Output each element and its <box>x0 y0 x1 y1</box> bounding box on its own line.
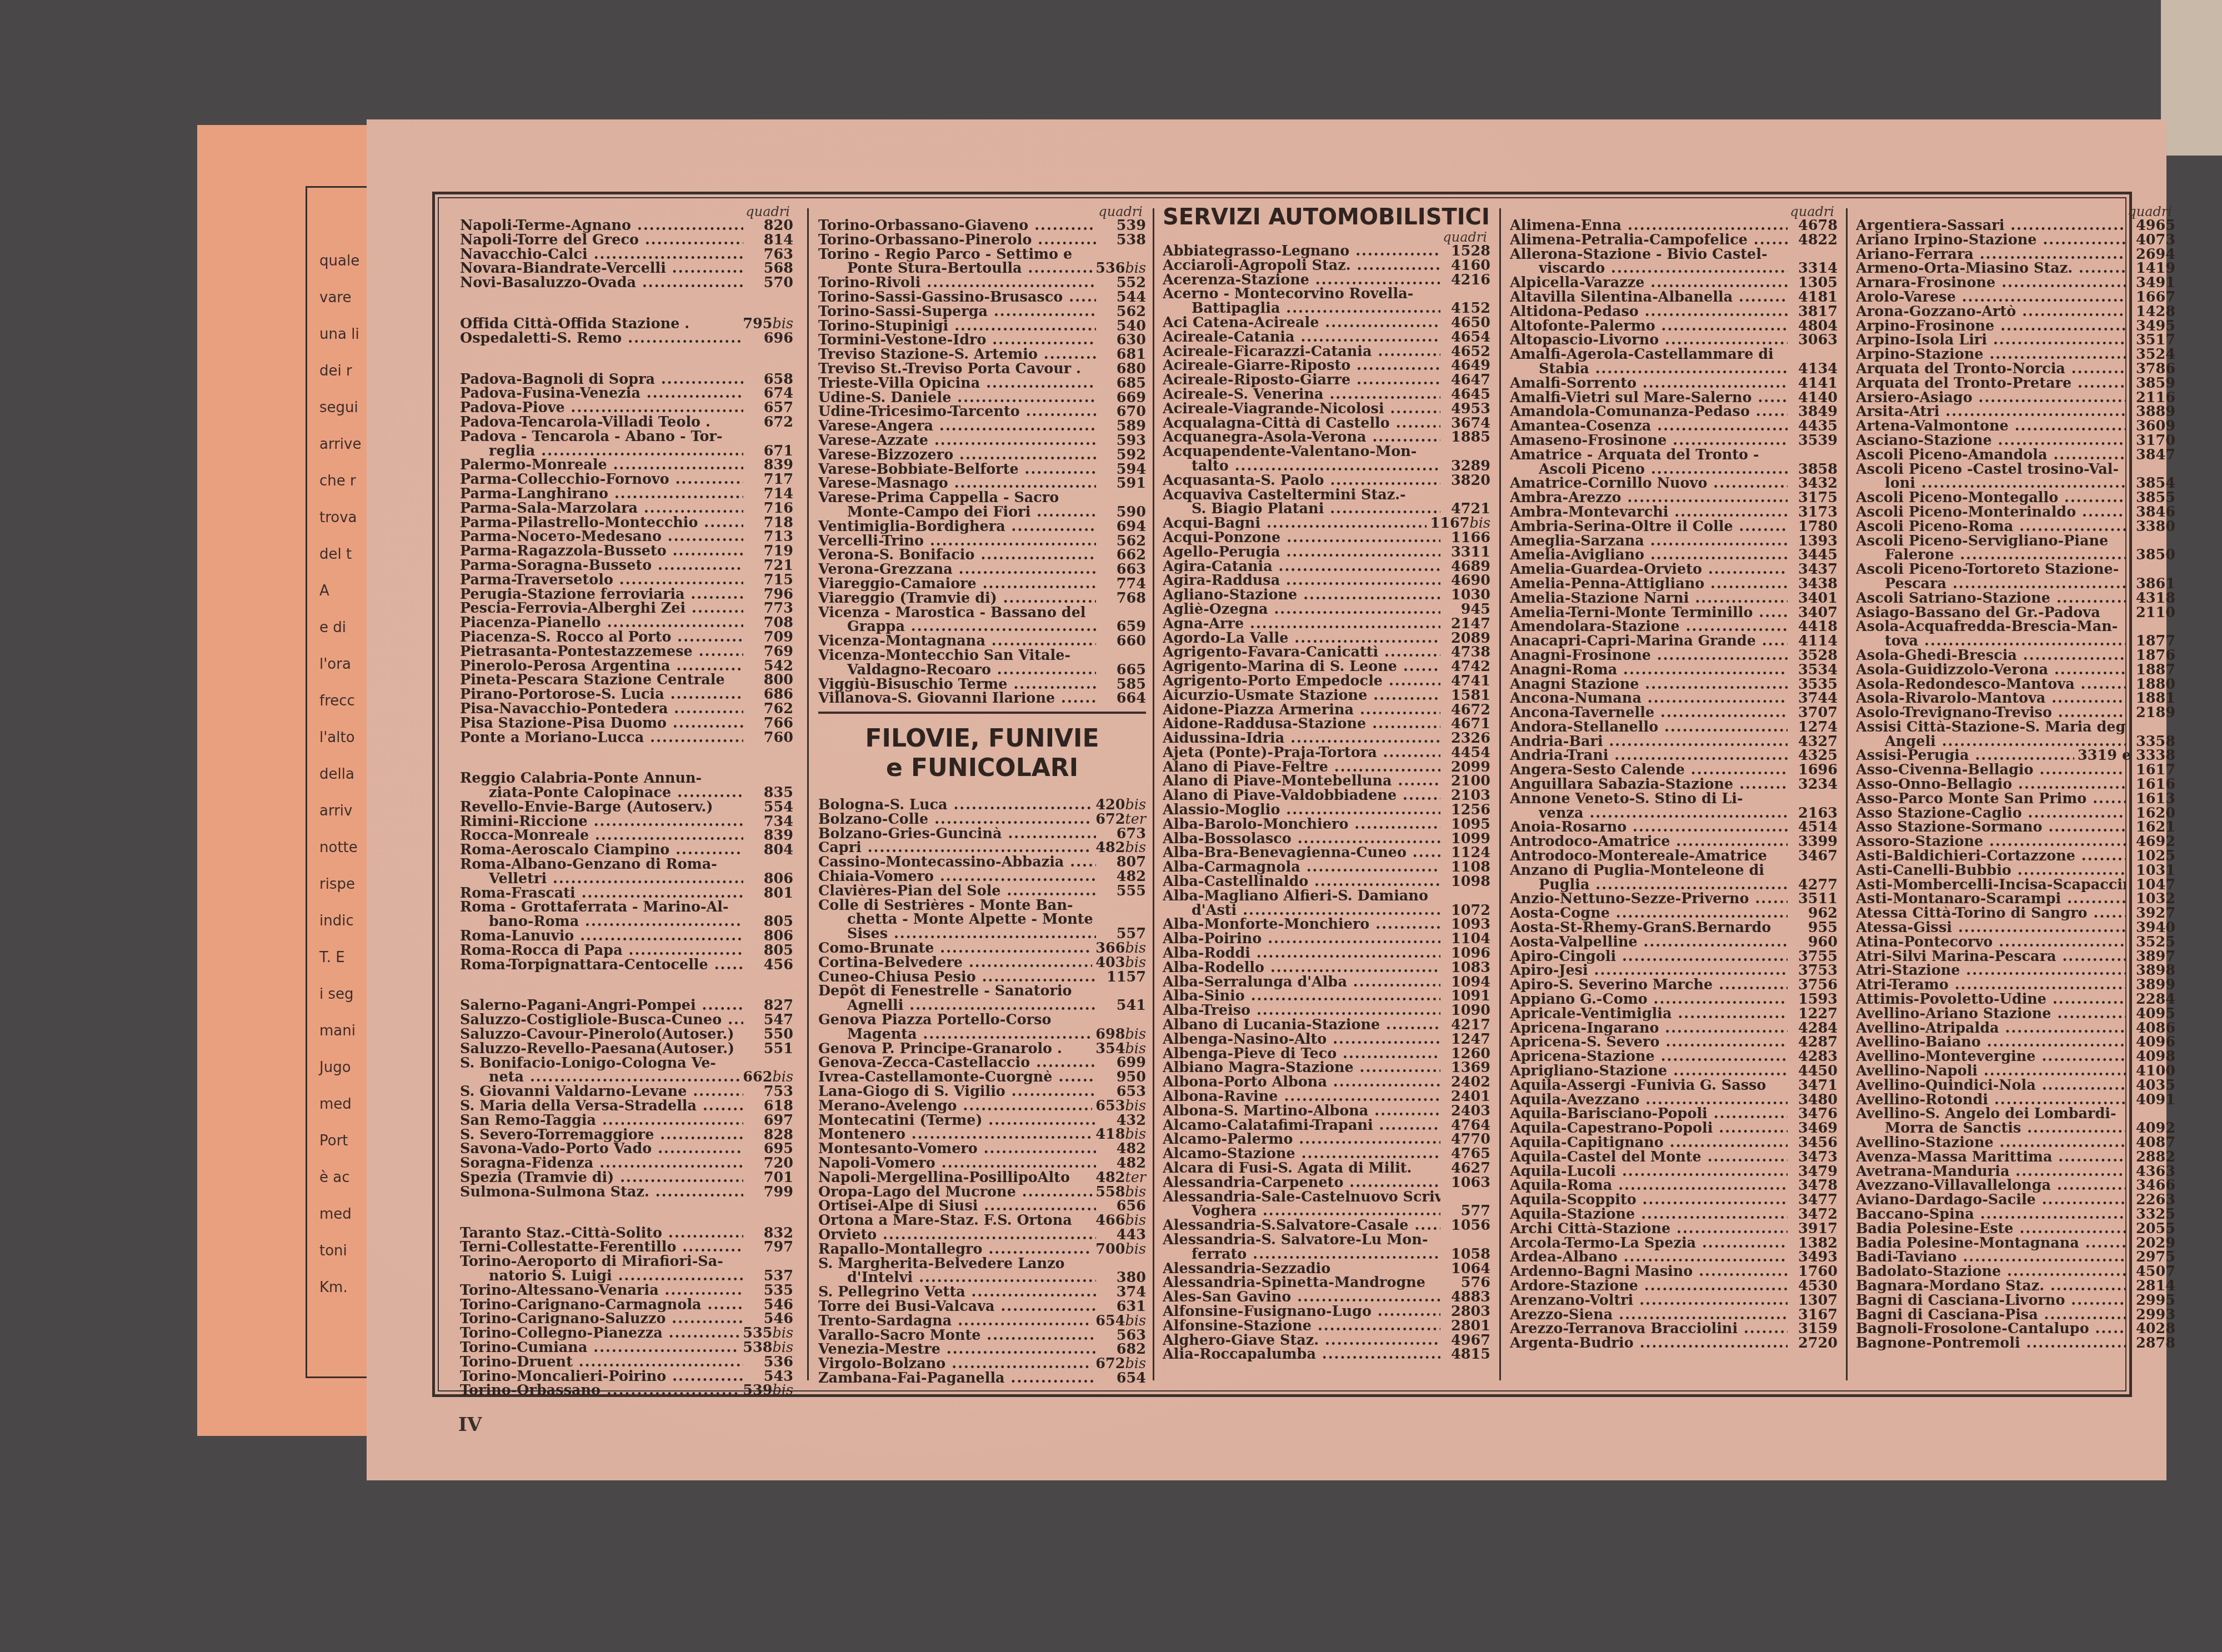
index-table-frame: quadriNapoli-Terme-Agnano820Napoli-Torre… <box>432 192 2132 1397</box>
route-name: Montenero <box>818 1128 1092 1142</box>
index-entry: Viareggio (Tramvie di)768 <box>818 592 1146 606</box>
route-name: Aquila-Avezzano <box>1510 1093 1788 1108</box>
index-entry: Chiaia-Vomero482 <box>818 870 1146 884</box>
quadro-number: 2189 <box>2125 706 2175 720</box>
index-entry: Vicenza-Montecchio San Vitale- <box>818 649 1146 663</box>
route-name: Ventimiglia-Bordighera <box>818 520 1096 534</box>
index-entry: Morra de Sanctis4092 <box>1856 1122 2175 1136</box>
index-entry: Padova-Tencarola-Villadi Teolo .672 <box>460 415 793 430</box>
route-name: Vicenza - Marostica - Bassano del <box>818 606 1096 620</box>
route-name: Amelia-Penna-Attigliano <box>1510 577 1788 592</box>
index-entry: Cassino-Montecassino-Abbazia807 <box>818 855 1146 870</box>
index-entry: S. Margherita-Belvedere Lanzo <box>818 1257 1146 1271</box>
route-name: Asciano-Stazione <box>1856 434 2125 448</box>
index-entry: Aosta-Cogne962 <box>1510 907 1838 921</box>
route-name: Asso-Parco Monte San Primo <box>1856 792 2125 807</box>
index-entry: Trieste-Villa Opicina685 <box>818 377 1146 391</box>
route-name: Albona-S. Martino-Albona <box>1163 1104 1440 1119</box>
quadro-number: 654 <box>1096 1371 1146 1386</box>
index-entry: Alba-Treiso1090 <box>1163 1004 1490 1018</box>
index-entry: Soragna-Fidenza720 <box>460 1157 793 1171</box>
index-entry: Aviano-Dardago-Sacile2263 <box>1856 1193 2175 1208</box>
route-name: venza <box>1539 807 1788 821</box>
route-name: Chiaia-Vomero <box>818 870 1096 884</box>
fragment-text: rispe <box>319 876 355 893</box>
index-entry: Albenga-Pieve di Teco1260 <box>1163 1047 1490 1062</box>
route-name: Allerona-Stazione - Bivio Castel- <box>1510 248 1788 262</box>
index-entry: Varese-Prima Cappella - Sacro <box>818 491 1146 505</box>
route-name: Ardea-Albano <box>1510 1250 1788 1265</box>
index-entry: Verona-S. Bonifacio662 <box>818 548 1146 563</box>
route-name: Como-Brunate <box>818 942 1092 956</box>
route-name: Ajeta (Ponte)-Praja-Tortora <box>1163 746 1440 760</box>
route-name: Aci Catena-Acireale <box>1163 316 1440 331</box>
index-entry: Genova-Zecca-Castellaccio699 <box>818 1056 1146 1070</box>
quadro-number: 539bis <box>739 1384 793 1398</box>
route-name: Alessandria-Sezzadio <box>1163 1262 1440 1276</box>
route-name: Parma-Pilastrello-Montecchio <box>460 516 743 530</box>
route-name: Alfonsine-Stazione <box>1163 1319 1440 1334</box>
index-entry: Velletri806 <box>460 872 793 887</box>
index-entry: Bagnone-Pontremoli2878 <box>1856 1336 2175 1351</box>
index-entry: Alba-Magliano Alfieri-S. Damiano <box>1163 889 1490 904</box>
index-entry: Avellino-S. Angelo dei Lombardi- <box>1856 1107 2175 1122</box>
index-entry: S. Pellegrino Vetta374 <box>818 1285 1146 1300</box>
route-name: Acerno - Montecorvino Rovella- <box>1163 287 1440 302</box>
route-name: Ardenno-Bagni Masino <box>1510 1265 1788 1279</box>
route-name: Asso Stazione-Sormano <box>1856 820 2125 835</box>
route-name: Anagni Stazione <box>1510 678 1788 692</box>
index-entry: Pescara3861 <box>1856 577 2175 592</box>
route-name: Argentiera-Sassari <box>1856 219 2125 233</box>
index-entry: Anagni Stazione3535 <box>1510 678 1838 692</box>
route-name: Asso Stazione-Caglio <box>1856 807 2125 821</box>
index-entry: venza2163 <box>1510 807 1838 821</box>
route-name: Offida Città-Offida Stazione . <box>460 317 739 332</box>
index-entry: Alessandria-Carpeneto1063 <box>1163 1176 1490 1190</box>
index-entry: Agira-Raddusa4690 <box>1163 574 1490 588</box>
index-entry: Padova-Bagnoli di Sopra658 <box>460 373 793 387</box>
route-name: Ardore-Stazione <box>1510 1279 1788 1294</box>
route-name: Amelia-Stazione Narni <box>1510 592 1788 606</box>
route-name: Alba-Castellinaldo <box>1163 875 1440 889</box>
route-name: Treviso St.-Treviso Porta Cavour . <box>818 362 1096 377</box>
quadro-number: 700bis <box>1092 1243 1146 1257</box>
index-entry: Arpino-Stazione3524 <box>1856 348 2175 362</box>
index-entry: Virgolo-Bolzano672bis <box>818 1357 1146 1371</box>
route-name: Terni-Collestatte-Ferentillo <box>460 1240 743 1255</box>
index-entry: Ventimiglia-Bordighera694 <box>818 520 1146 534</box>
index-entry: Ameglia-Sarzana1393 <box>1510 534 1838 549</box>
route-name: Acqui-Bagni <box>1163 517 1427 531</box>
index-entry: Atina-Pontecorvo3525 <box>1856 935 2175 950</box>
route-name: Salerno-Pagani-Angri-Pompei <box>460 999 743 1013</box>
quadro-number: 1056 <box>1440 1219 1490 1233</box>
route-name: Taranto Staz.-Città-Solito <box>460 1227 743 1241</box>
route-name: Alba-Monforte-Monchiero <box>1163 918 1440 932</box>
index-entry: Arsiero-Asiago2116 <box>1856 391 2175 406</box>
index-entry: Alano di Piave-Montebelluna2100 <box>1163 774 1490 789</box>
index-entry: Atessa Città-Torino di Sangro3927 <box>1856 907 2175 921</box>
index-entry: Ponte a Moriano-Lucca760 <box>460 731 793 745</box>
index-entry: Ambra-Montevarchi3173 <box>1510 505 1838 520</box>
index-entry: Antrodoco-Montereale-Amatrice3467 <box>1510 849 1838 864</box>
index-entry: Varese-Bizzozero592 <box>818 448 1146 463</box>
route-name: Viggiù-Bisuschio Terme <box>818 678 1096 692</box>
index-entry: Baccano-Spina3325 <box>1856 1208 2175 1222</box>
index-entry: Avezzano-Villavallelonga3466 <box>1856 1179 2175 1193</box>
route-name: Asola-Acquafredda-Brescia-Man- <box>1856 620 2125 634</box>
quadri-column-label: quadri <box>1163 230 1490 244</box>
route-name: Falerone <box>1885 548 2125 563</box>
route-name: Viareggio (Tramvie di) <box>818 592 1096 606</box>
index-entry: Monte-Campo dei Fiori590 <box>818 505 1146 520</box>
index-entry: Arpino-Isola Liri3517 <box>1856 333 2175 348</box>
index-entry: Torino-Rivoli552 <box>818 276 1146 291</box>
index-entry: Genova P. Principe-Granarolo .354bis <box>818 1042 1146 1057</box>
quadro-number: 3234 <box>1788 778 1838 792</box>
route-name: Genova-Zecca-Castellaccio <box>818 1056 1096 1070</box>
index-entry: Torino-Druent536 <box>460 1355 793 1370</box>
fragment-text: notte <box>319 839 358 856</box>
fragment-text: è ac <box>319 1169 350 1186</box>
index-entry: Torino-Altessano-Venaria535 <box>460 1284 793 1298</box>
route-name: Albiano Magra-Stazione <box>1163 1061 1440 1075</box>
index-column-5: quadriArgentiera-Sassari4965Ariano Irpin… <box>1856 204 2175 1384</box>
index-entry: Acireale-Riposto-Giarre4647 <box>1163 373 1490 388</box>
index-entry: Amandola-Comunanza-Pedaso3849 <box>1510 405 1838 419</box>
index-entry: Acireale-Ficarazzi-Catania4652 <box>1163 345 1490 359</box>
route-name: Aquila-Capestrano-Popoli <box>1510 1122 1788 1136</box>
fragment-text: med <box>319 1206 352 1223</box>
index-entry: Asti-Mombercelli-Incisa-Scapaccino1047 <box>1856 878 2175 893</box>
route-name: Alessandria-S. Salvatore-Lu Mon- <box>1163 1233 1440 1248</box>
index-entry: Asti-Montanaro-Scarampi1032 <box>1856 892 2175 907</box>
route-name: Arquata del Tronto-Norcia <box>1856 362 2125 377</box>
route-name: Colle di Sestrières - Monte Ban- <box>818 899 1096 913</box>
quadro-number: 555 <box>1096 884 1146 899</box>
route-name: Villanova-S. Giovanni Ilarione <box>818 692 1096 706</box>
route-name: Torino-Sassi-Gassino-Brusasco <box>818 291 1096 305</box>
index-entry: Piacenza-S. Rocco al Porto709 <box>460 630 793 645</box>
route-name: Aquila-Lucoli <box>1510 1165 1788 1179</box>
route-name: Assisi Città-Stazione-S. Maria degli <box>1856 720 2125 735</box>
index-entry: Pisa-Navacchio-Pontedera762 <box>460 702 793 717</box>
index-entry: Ponte Stura-Bertoulla536bis <box>818 262 1146 276</box>
fragment-text: indic <box>319 913 354 929</box>
index-column-1: quadriNapoli-Terme-Agnano820Napoli-Torre… <box>460 204 793 1384</box>
route-name: Angera-Sesto Calende <box>1510 763 1788 778</box>
route-name: Alba-Bossolasco <box>1163 832 1440 847</box>
route-name: Udine-S. Daniele <box>818 391 1096 406</box>
index-entry: Varese-Masnago591 <box>818 477 1146 491</box>
quadro-number: 3539 <box>1788 434 1838 448</box>
index-entry: Asola-Guidizzolo-Verona1887 <box>1856 663 2175 678</box>
route-name: Aquila-Castel del Monte <box>1510 1150 1788 1165</box>
fragment-text: Km. <box>319 1279 348 1296</box>
index-entry: Alba-Monforte-Monchiero1093 <box>1163 918 1490 932</box>
route-name: Albenga-Pieve di Teco <box>1163 1047 1440 1062</box>
route-name: Torino-Orbassano-Pinerolo <box>818 233 1096 248</box>
index-entry: Aicurzio-Usmate Stazione1581 <box>1163 689 1490 703</box>
index-entry: Asti-Baldichieri-Cortazzone1025 <box>1856 849 2175 864</box>
route-name: Atessa Città-Torino di Sangro <box>1856 907 2125 921</box>
index-entry: Altopascio-Livorno3063 <box>1510 333 1838 348</box>
route-name: Ascoli Piceno-Servigliano-Piane <box>1856 534 2125 549</box>
route-name: Arezzo-Siena <box>1510 1308 1788 1323</box>
index-entry: chetta - Monte Alpette - Monte <box>818 913 1146 927</box>
route-name: Torino-Moncalieri-Poirino <box>460 1370 743 1384</box>
route-name: Novi-Basaluzzo-Ovada <box>460 276 743 291</box>
route-name: Aprigliano-Stazione <box>1510 1064 1788 1079</box>
route-name: Alba-Magliano Alfieri-S. Damiano <box>1163 889 1440 904</box>
route-name: Napoli-Mergellina-PosillipoAlto <box>818 1171 1092 1185</box>
route-name: Spezia (Tramvie di) <box>460 1171 743 1185</box>
route-name: Roma - Grottaferrata - Marino-Al- <box>460 900 743 915</box>
route-name: Ascoli Piceno <box>1539 463 1788 477</box>
index-entry: Aidussina-Idria2326 <box>1163 732 1490 746</box>
route-name: Morra de Sanctis <box>1885 1122 2125 1136</box>
index-entry: Roma-Albano-Genzano di Roma- <box>460 858 793 872</box>
quadro-number: 2878 <box>2125 1336 2175 1351</box>
index-entry: Assisi-Perugia3319 e 3338 <box>1856 749 2175 763</box>
index-entry: Badia Polesine-Montagnana2029 <box>1856 1237 2175 1251</box>
route-name: Novara-Biandrate-Vercelli <box>460 262 743 276</box>
route-name: Alfonsine-Fusignano-Lugo <box>1163 1305 1440 1319</box>
route-name: neta <box>489 1070 739 1085</box>
fragment-text: l'ora <box>319 656 351 673</box>
route-name: Padova-Piove <box>460 401 743 415</box>
route-name: Asso-Onno-Bellagio <box>1856 778 2125 792</box>
route-name: Bolzano-Colle <box>818 813 1092 827</box>
route-name: Annone Veneto-S. Stino di Li- <box>1510 792 1788 807</box>
quadro-suffix: bis <box>1125 1241 1146 1258</box>
route-name: Acciaroli-Agropoli Staz. <box>1163 259 1440 273</box>
index-entry: Roma-Frascati801 <box>460 887 793 901</box>
index-entry: Atri-Stazione3898 <box>1856 964 2175 978</box>
index-entry: Ascoli Piceno-Montegallo3855 <box>1856 491 2175 505</box>
quadri-column-label: quadri <box>818 204 1146 219</box>
route-name: Albano di Lucania-Stazione <box>1163 1018 1440 1033</box>
fragment-text: T. E <box>319 949 345 966</box>
route-name: Torino-Altessano-Venaria <box>460 1284 743 1298</box>
index-entry: d'Intelvi380 <box>818 1271 1146 1285</box>
route-name: Atri-Stazione <box>1856 964 2125 978</box>
index-entry: Bagni di Casciana-Livorno2995 <box>1856 1294 2175 1308</box>
quadro-number: 456 <box>743 958 793 973</box>
route-name: Arpino-Frosinone <box>1856 319 2125 334</box>
route-name: Arona-Gozzano-Artò <box>1856 305 2125 319</box>
route-name: Arnara-Frosinone <box>1856 276 2125 291</box>
index-entry: Ardea-Albano3493 <box>1510 1250 1838 1265</box>
route-name: S. Biagio Platani <box>1192 502 1440 517</box>
index-entry: d'Asti1072 <box>1163 904 1490 918</box>
route-name: Ales-San Gavino <box>1163 1290 1440 1305</box>
route-name: Albenga-Nasino-Alto <box>1163 1033 1440 1047</box>
index-entry: S. Giovanni Valdarno-Levane753 <box>460 1085 793 1099</box>
index-entry: Alba-Rodello1083 <box>1163 961 1490 975</box>
index-entry: Amelia-Avigliano3445 <box>1510 548 1838 563</box>
quadro-number: 696 <box>743 332 793 346</box>
index-entry: Novara-Biandrate-Vercelli568 <box>460 262 793 276</box>
column-divider <box>1499 208 1501 1380</box>
index-entry: Ascoli Piceno-Tortoreto Stazione- <box>1856 563 2175 577</box>
route-name: Alba-Carmagnola <box>1163 860 1440 875</box>
index-entry: Roma-Aeroscalo Ciampino804 <box>460 843 793 858</box>
route-name: Armeno-Orta-Miasino Staz. <box>1856 262 2125 276</box>
index-column-4: quadriAlimena-Enna4678Alimena-Petralia-C… <box>1510 204 1838 1384</box>
index-entry: Asso Stazione-Caglio1620 <box>1856 807 2175 821</box>
index-entry: Amalfi-Sorrento4141 <box>1510 377 1838 391</box>
index-entry: Alessandria-Spinetta-Mandrogne576 <box>1163 1276 1490 1290</box>
route-name: Rapallo-Montallegro <box>818 1243 1092 1257</box>
fragment-text: segui <box>319 399 358 416</box>
route-name: Virgolo-Bolzano <box>818 1357 1092 1371</box>
route-name: Valdagno-Recoaro <box>847 663 1096 678</box>
index-entry: Rapallo-Montallegro700bis <box>818 1243 1146 1257</box>
index-entry: Albona-Ravine2401 <box>1163 1090 1490 1104</box>
index-entry: Amelia-Terni-Monte Terminillo3407 <box>1510 606 1838 620</box>
quadro-number: 2720 <box>1788 1336 1838 1351</box>
route-name: Aquila-Roma <box>1510 1179 1788 1193</box>
index-entry: Andria-Bari4327 <box>1510 735 1838 749</box>
index-entry: Tormini-Vestone-Idro630 <box>818 333 1146 348</box>
quadro-number: 3380 <box>2125 520 2175 534</box>
route-name: viscardo <box>1539 262 1788 276</box>
route-name: Arquata del Tronto-Pretare <box>1856 377 2125 391</box>
section-rule <box>818 712 1146 714</box>
route-name: Trieste-Villa Opicina <box>818 377 1096 391</box>
index-entry: Avellino-Stazione4087 <box>1856 1136 2175 1150</box>
route-name: Badolato-Stazione <box>1856 1265 2125 1279</box>
index-entry: Varese-Bobbiate-Belforte594 <box>818 463 1146 477</box>
index-entry: Allerona-Stazione - Bivio Castel- <box>1510 248 1838 262</box>
index-entry: Padova-Piove657 <box>460 401 793 415</box>
route-name: Pisa-Navacchio-Pontedera <box>460 702 743 717</box>
route-name: Acquanegra-Asola-Verona <box>1163 430 1440 445</box>
index-entry: Asola-Ghedi-Brescia1876 <box>1856 649 2175 663</box>
index-entry: Asso-Parco Monte San Primo1613 <box>1856 792 2175 807</box>
route-name: Alassio-Moglio <box>1163 803 1440 818</box>
route-name: Alano di Piave-Montebelluna <box>1163 774 1440 789</box>
route-name: Anzio-Nettuno-Sezze-Priverno <box>1510 892 1788 907</box>
fragment-text: i seg <box>319 986 354 1003</box>
index-entry: Arezzo-Terranova Bracciolini3159 <box>1510 1322 1838 1336</box>
route-name: Tormini-Vestone-Idro <box>818 333 1096 348</box>
route-name: Avellino-Montevergine <box>1856 1050 2125 1064</box>
route-name: Perugia-Stazione ferroviaria <box>460 588 743 602</box>
route-name: Alba-Bra-Benevagienna-Cuneo <box>1163 846 1440 860</box>
index-entry: Ambria-Serina-Oltre il Colle1780 <box>1510 520 1838 534</box>
index-entry: Ancona-Numana3744 <box>1510 692 1838 706</box>
index-entry: Albiano Magra-Stazione1369 <box>1163 1061 1490 1075</box>
index-entry: Aquila-Lucoli3479 <box>1510 1165 1838 1179</box>
index-entry: Andora-Stellanello1274 <box>1510 720 1838 735</box>
index-entry: Avellino-Atripalda4086 <box>1856 1022 2175 1036</box>
route-name: Sulmona-Sulmona Staz. <box>460 1185 743 1200</box>
route-name: Andria-Bari <box>1510 735 1788 749</box>
index-entry: Ambra-Arezzo3175 <box>1510 491 1838 505</box>
index-entry: Asola-Acquafredda-Brescia-Man- <box>1856 620 2175 634</box>
index-column-3-servizi-automobilistici: SERVIZI AUTOMOBILISTICIquadriAbbiategras… <box>1163 204 1490 1384</box>
route-name: Acireale-Riposto-Giarre <box>1163 373 1440 388</box>
route-name: Agliè-Ozegna <box>1163 603 1440 617</box>
route-name: Piacenza-S. Rocco al Porto <box>460 630 743 645</box>
route-name: Acireale-Catania <box>1163 331 1440 345</box>
index-entry: Altavilla Silentina-Albanella4181 <box>1510 291 1838 305</box>
route-name: Capri <box>818 841 1092 855</box>
index-entry: Saluzzo-Cavour-Pinerolo(Autoser.)550 <box>460 1028 793 1042</box>
index-entry: Torino-Carignano-Carmagnola546 <box>460 1298 793 1313</box>
route-name: Atri-Silvi Marina-Pescara <box>1856 950 2125 964</box>
index-entry: Arsita-Atri3889 <box>1856 405 2175 419</box>
route-name: Avellino-Atripalda <box>1856 1022 2125 1036</box>
index-entry: Grappa659 <box>818 620 1146 634</box>
route-name: Treviso Stazione-S. Artemio <box>818 348 1096 362</box>
index-entry: Alba-Bossolasco1099 <box>1163 832 1490 847</box>
index-entry: ferrato1058 <box>1163 1248 1490 1262</box>
route-name: Parma-Soragna-Busseto <box>460 559 743 573</box>
index-entry: natorio S. Luigi537 <box>460 1269 793 1284</box>
route-name: Zambana-Fai-Paganella <box>818 1371 1096 1386</box>
index-entry: Badi-Taviano2975 <box>1856 1250 2175 1265</box>
route-name: Piacenza-Pianello <box>460 616 743 630</box>
index-entry: Clavières-Pian del Sole555 <box>818 884 1146 899</box>
route-name: Saluzzo-Revello-Paesana(Autoser.) <box>460 1042 743 1057</box>
fragment-text: Jugo <box>319 1059 351 1076</box>
route-name: Ambra-Arezzo <box>1510 491 1788 505</box>
route-name: Anoia-Rosarno <box>1510 820 1788 835</box>
route-name: Soragna-Fidenza <box>460 1157 743 1171</box>
index-entry: Alcamo-Calatafimi-Trapani4764 <box>1163 1119 1490 1133</box>
index-entry: Avellino-Quindici-Nola4035 <box>1856 1079 2175 1093</box>
route-name: Avetrana-Manduria <box>1856 1165 2125 1179</box>
quadro-number: 660 <box>1096 634 1146 649</box>
index-entry: Amelia-Stazione Narni3401 <box>1510 592 1838 606</box>
route-name: Assoro-Stazione <box>1856 835 2125 849</box>
index-entry: Vicenza - Marostica - Bassano del <box>818 606 1146 620</box>
index-entry: Avetrana-Manduria4363 <box>1856 1165 2175 1179</box>
route-name: Cuneo-Chiusa Pesio <box>818 970 1096 985</box>
route-name: Arpino-Stazione <box>1856 348 2125 362</box>
index-entry: Alessandria-S. Salvatore-Lu Mon- <box>1163 1233 1490 1248</box>
route-name: Aosta-Valpelline <box>1510 935 1788 950</box>
index-entry: Aquila-Castel del Monte3473 <box>1510 1150 1838 1165</box>
route-name: reglia <box>489 444 743 459</box>
route-name: Anzano di Puglia-Monteleone di <box>1510 864 1788 878</box>
route-name: Agello-Perugia <box>1163 545 1440 560</box>
route-name: Torino-Orbassano-Giaveno <box>818 219 1096 233</box>
route-name: chetta - Monte Alpette - Monte <box>847 913 1096 927</box>
route-name: Pescia-Ferrovia-Alberghi Zei <box>460 602 743 616</box>
route-name: Varallo-Sacro Monte <box>818 1329 1096 1343</box>
index-entry: loni3854 <box>1856 477 2175 491</box>
route-name: Ancona-Tavernelle <box>1510 706 1788 720</box>
fragment-text: arriv <box>319 803 352 819</box>
index-entry: Asti-Canelli-Bubbio1031 <box>1856 864 2175 878</box>
index-entry: Alba-Serralunga d'Alba1094 <box>1163 975 1490 990</box>
index-entry: Perugia-Stazione ferroviaria796 <box>460 588 793 602</box>
route-name: Amandola-Comunanza-Pedaso <box>1510 405 1788 419</box>
index-entry: Agna-Arre2147 <box>1163 617 1490 632</box>
index-entry: Varallo-Sacro Monte563 <box>818 1329 1146 1343</box>
group-spacer <box>460 346 793 373</box>
route-name: Saluzzo-Cavour-Pinerolo(Autoser.) <box>460 1028 743 1042</box>
index-entry: Aquila-Barisciano-Popoli3476 <box>1510 1107 1838 1122</box>
index-entry: Aquila-Roma3478 <box>1510 1179 1838 1193</box>
route-name: Viareggio-Camaiore <box>818 577 1096 592</box>
fragment-text: e di <box>319 619 346 636</box>
